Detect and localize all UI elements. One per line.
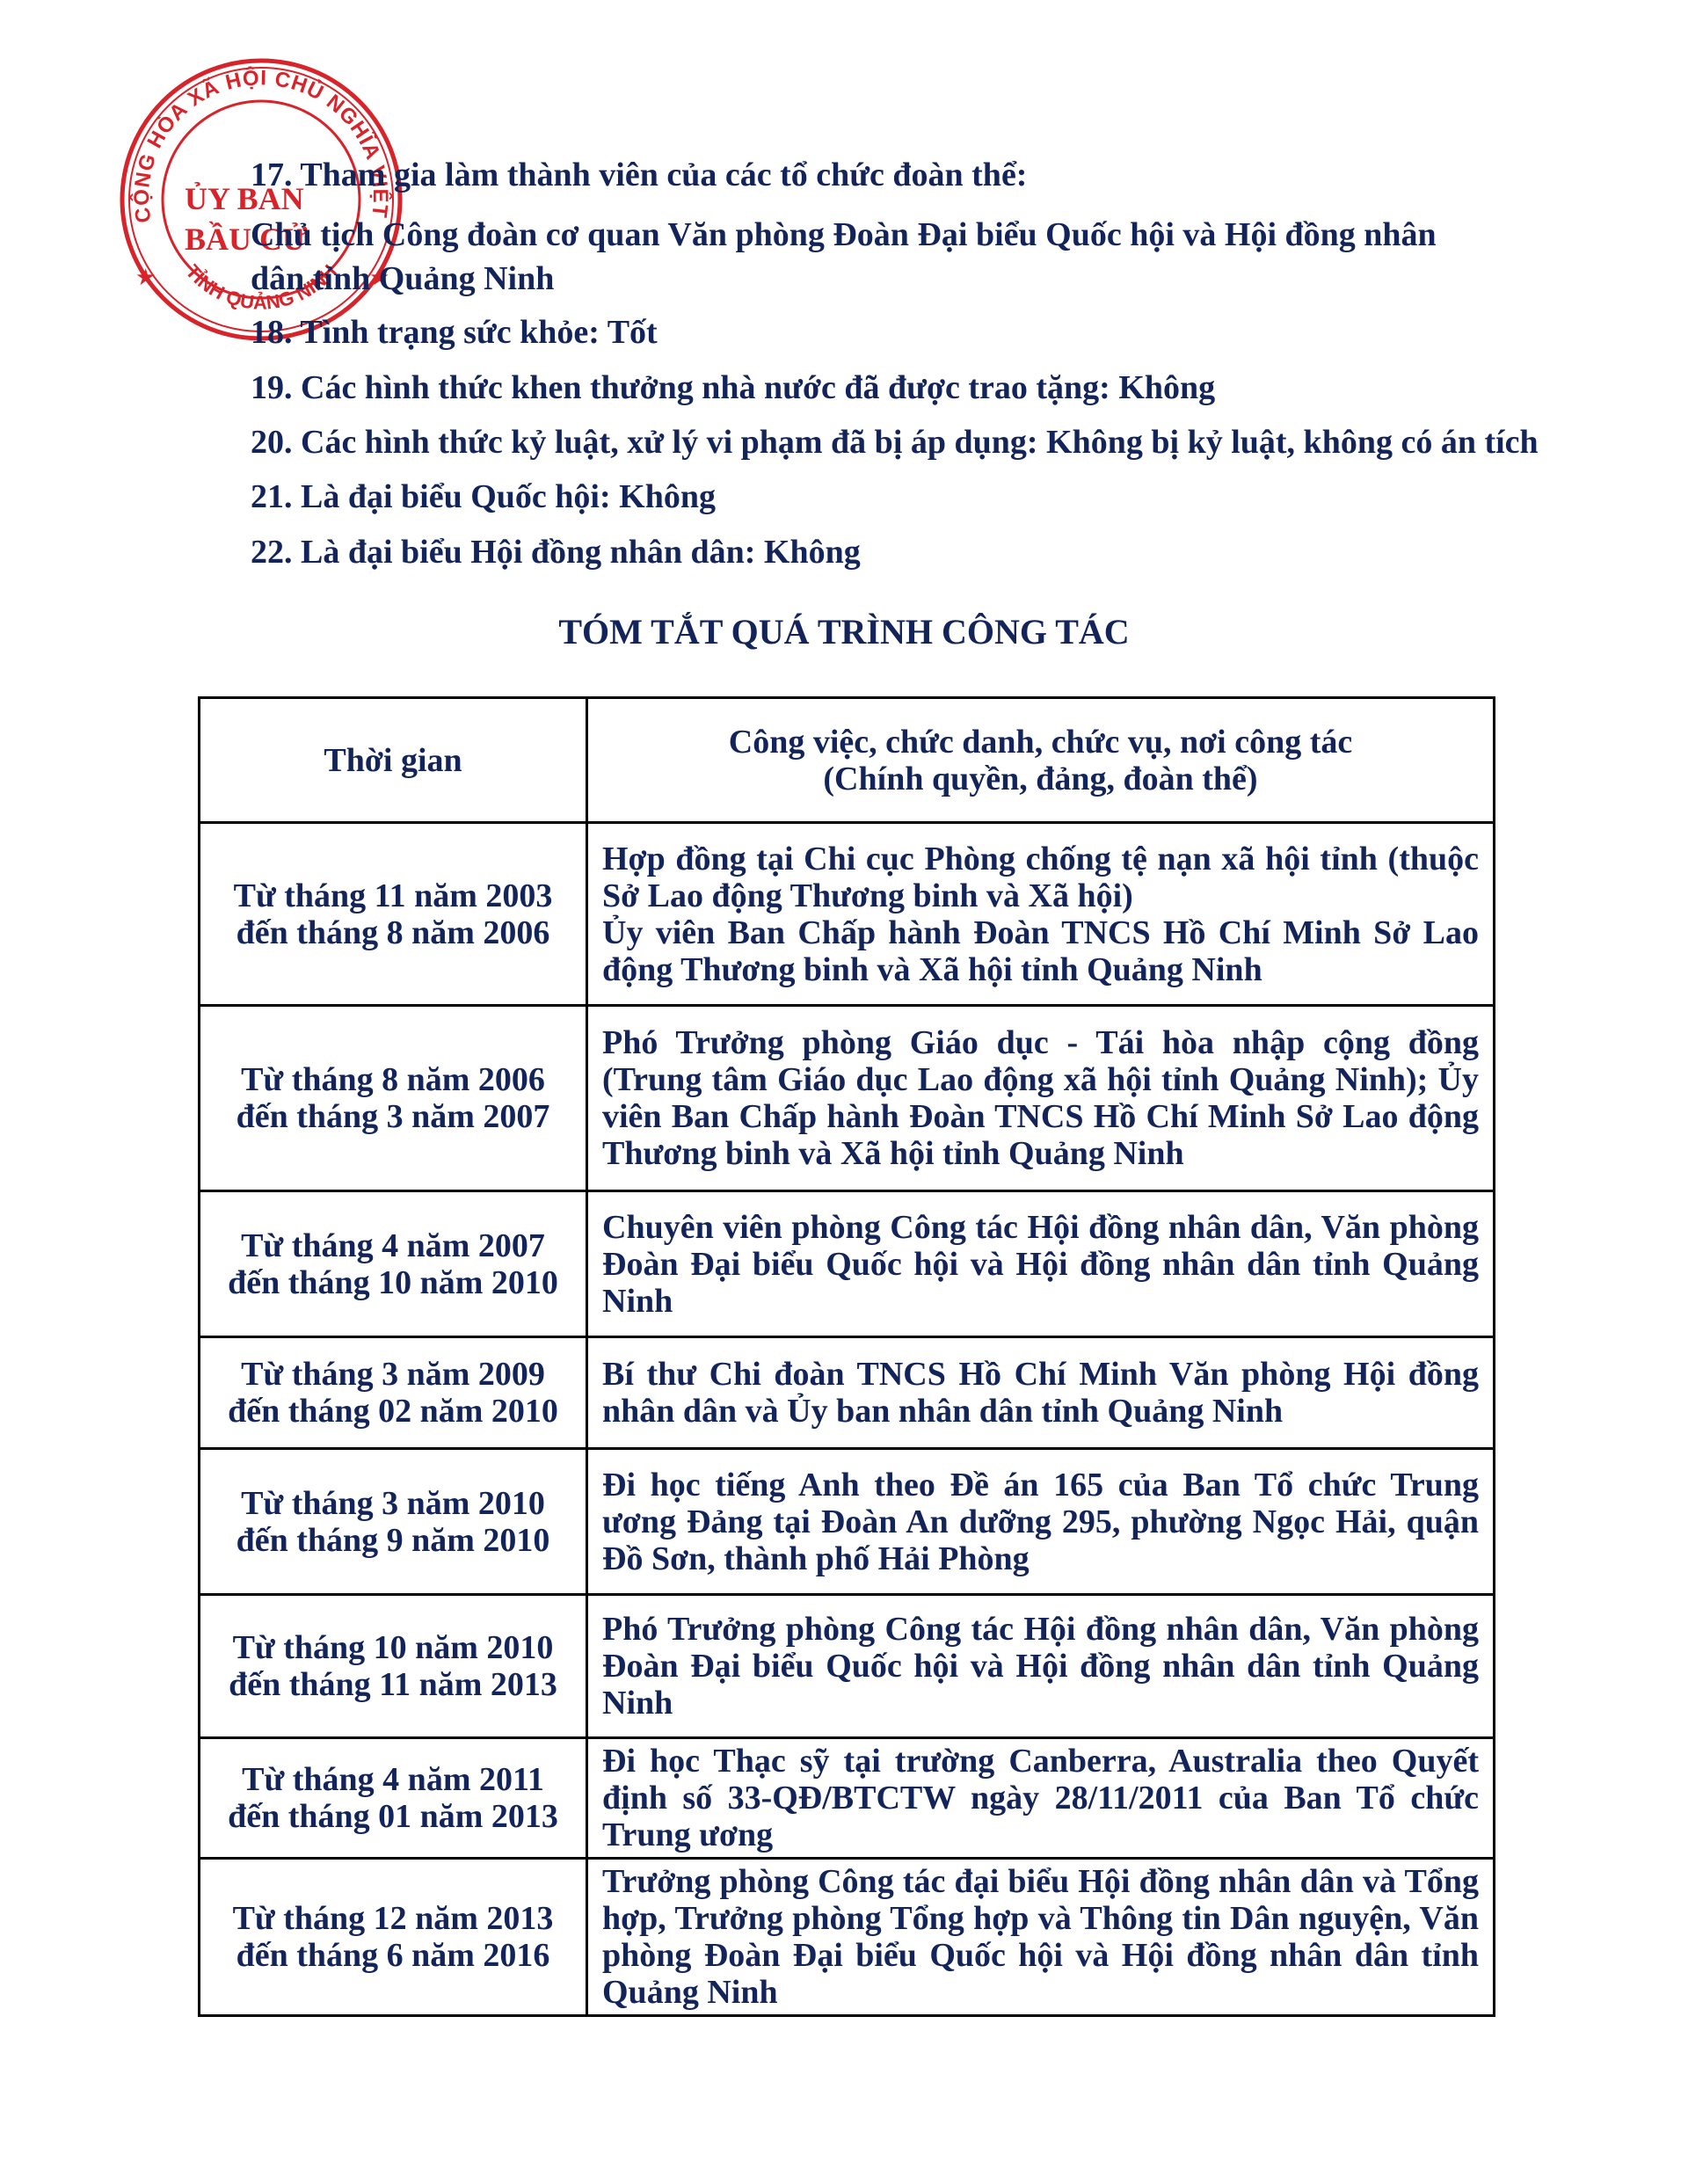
- time-cell: Từ tháng 4 năm 2011đến tháng 01 năm 2013: [200, 1738, 587, 1859]
- time-from: Từ tháng 12 năm 2013: [201, 1900, 585, 1937]
- description-cell: Bí thư Chi đoàn TNCS Hồ Chí Minh Văn phò…: [587, 1337, 1495, 1449]
- description-text: Ủy viên Ban Chấp hành Đoàn TNCS Hồ Chí M…: [602, 914, 1479, 988]
- time-to: đến tháng 11 năm 2013: [201, 1666, 585, 1703]
- description-text: Hợp đồng tại Chi cục Phòng chống tệ nạn …: [602, 841, 1479, 914]
- table-row: Từ tháng 12 năm 2013đến tháng 6 năm 2016…: [200, 1859, 1495, 2016]
- time-to: đến tháng 10 năm 2010: [201, 1264, 585, 1301]
- item-18: 18. Tình trạng sức khỏe: Tốt: [251, 312, 658, 353]
- time-from: Từ tháng 10 năm 2010: [201, 1629, 585, 1666]
- description-text: Chuyên viên phòng Công tác Hội đồng nhân…: [602, 1209, 1479, 1320]
- table-row: Từ tháng 8 năm 2006đến tháng 3 năm 2007P…: [200, 1006, 1495, 1191]
- description-text: Bí thư Chi đoàn TNCS Hồ Chí Minh Văn phò…: [602, 1356, 1479, 1430]
- election-committee-stamp: CỘNG HÒA XÃ HỘI CHỦ NGHĨA VIỆT NAM TỈNH …: [116, 55, 406, 345]
- header-position-line1: Công việc, chức danh, chức vụ, nơi công …: [589, 724, 1492, 761]
- item-22: 22. Là đại biểu Hội đồng nhân dân: Không: [251, 532, 861, 572]
- time-cell: Từ tháng 3 năm 2009đến tháng 02 năm 2010: [200, 1337, 587, 1449]
- time-to: đến tháng 6 năm 2016: [201, 1937, 585, 1974]
- time-cell: Từ tháng 12 năm 2013đến tháng 6 năm 2016: [200, 1859, 587, 2016]
- time-from: Từ tháng 4 năm 2011: [201, 1761, 585, 1798]
- table-row: Từ tháng 4 năm 2011đến tháng 01 năm 2013…: [200, 1738, 1495, 1859]
- description-cell: Đi học Thạc sỹ tại trường Canberra, Aust…: [587, 1738, 1495, 1859]
- item-20: 20. Các hình thức kỷ luật, xử lý vi phạm…: [251, 422, 1539, 462]
- header-time: Thời gian: [200, 698, 587, 823]
- description-text: Trưởng phòng Công tác đại biểu Hội đồng …: [602, 1863, 1479, 2011]
- item-21: 21. Là đại biểu Quốc hội: Không: [251, 477, 716, 517]
- description-text: Đi học Thạc sỹ tại trường Canberra, Aust…: [602, 1743, 1479, 1853]
- description-cell: Phó Trưởng phòng Công tác Hội đồng nhân …: [587, 1595, 1495, 1738]
- time-from: Từ tháng 11 năm 2003: [201, 877, 585, 914]
- time-cell: Từ tháng 8 năm 2006đến tháng 3 năm 2007: [200, 1006, 587, 1191]
- description-text: Phó Trưởng phòng Công tác Hội đồng nhân …: [602, 1611, 1479, 1722]
- time-to: đến tháng 02 năm 2010: [201, 1393, 585, 1430]
- description-text: Đi học tiếng Anh theo Đề án 165 của Ban …: [602, 1467, 1479, 1577]
- table-row: Từ tháng 10 năm 2010đến tháng 11 năm 201…: [200, 1595, 1495, 1738]
- item-17-detail-2: dân tỉnh Quảng Ninh: [251, 258, 554, 299]
- time-from: Từ tháng 3 năm 2009: [201, 1356, 585, 1393]
- star-icon: ★: [135, 265, 156, 290]
- work-history-table: Thời gian Công việc, chức danh, chức vụ,…: [198, 696, 1495, 2017]
- description-text: Phó Trưởng phòng Giáo dục - Tái hòa nhập…: [602, 1024, 1479, 1172]
- item-17-detail-1: Chủ tịch Công đoàn cơ quan Văn phòng Đoà…: [251, 215, 1437, 255]
- time-cell: Từ tháng 3 năm 2010đến tháng 9 năm 2010: [200, 1449, 587, 1595]
- header-position-line2: (Chính quyền, đảng, đoàn thể): [589, 761, 1492, 797]
- table-header-row: Thời gian Công việc, chức danh, chức vụ,…: [200, 698, 1495, 823]
- table-row: Từ tháng 3 năm 2009đến tháng 02 năm 2010…: [200, 1337, 1495, 1449]
- time-from: Từ tháng 3 năm 2010: [201, 1485, 585, 1522]
- section-title: TÓM TẮT QUÁ TRÌNH CÔNG TÁC: [0, 611, 1688, 652]
- time-cell: Từ tháng 11 năm 2003đến tháng 8 năm 2006: [200, 823, 587, 1006]
- table-row: Từ tháng 11 năm 2003đến tháng 8 năm 2006…: [200, 823, 1495, 1006]
- time-cell: Từ tháng 10 năm 2010đến tháng 11 năm 201…: [200, 1595, 587, 1738]
- description-cell: Trưởng phòng Công tác đại biểu Hội đồng …: [587, 1859, 1495, 2016]
- description-cell: Phó Trưởng phòng Giáo dục - Tái hòa nhập…: [587, 1006, 1495, 1191]
- description-cell: Hợp đồng tại Chi cục Phòng chống tệ nạn …: [587, 823, 1495, 1006]
- table-row: Từ tháng 4 năm 2007đến tháng 10 năm 2010…: [200, 1191, 1495, 1337]
- header-position: Công việc, chức danh, chức vụ, nơi công …: [587, 698, 1495, 823]
- item-17: 17. Tham gia làm thành viên của các tổ c…: [251, 155, 1027, 195]
- description-cell: Chuyên viên phòng Công tác Hội đồng nhân…: [587, 1191, 1495, 1337]
- time-cell: Từ tháng 4 năm 2007đến tháng 10 năm 2010: [200, 1191, 587, 1337]
- time-to: đến tháng 3 năm 2007: [201, 1098, 585, 1135]
- description-cell: Đi học tiếng Anh theo Đề án 165 của Ban …: [587, 1449, 1495, 1595]
- time-to: đến tháng 9 năm 2010: [201, 1522, 585, 1559]
- item-19: 19. Các hình thức khen thưởng nhà nước đ…: [251, 368, 1215, 408]
- time-from: Từ tháng 8 năm 2006: [201, 1061, 585, 1098]
- time-to: đến tháng 01 năm 2013: [201, 1798, 585, 1835]
- time-from: Từ tháng 4 năm 2007: [201, 1227, 585, 1264]
- time-to: đến tháng 8 năm 2006: [201, 914, 585, 951]
- table-row: Từ tháng 3 năm 2010đến tháng 9 năm 2010Đ…: [200, 1449, 1495, 1595]
